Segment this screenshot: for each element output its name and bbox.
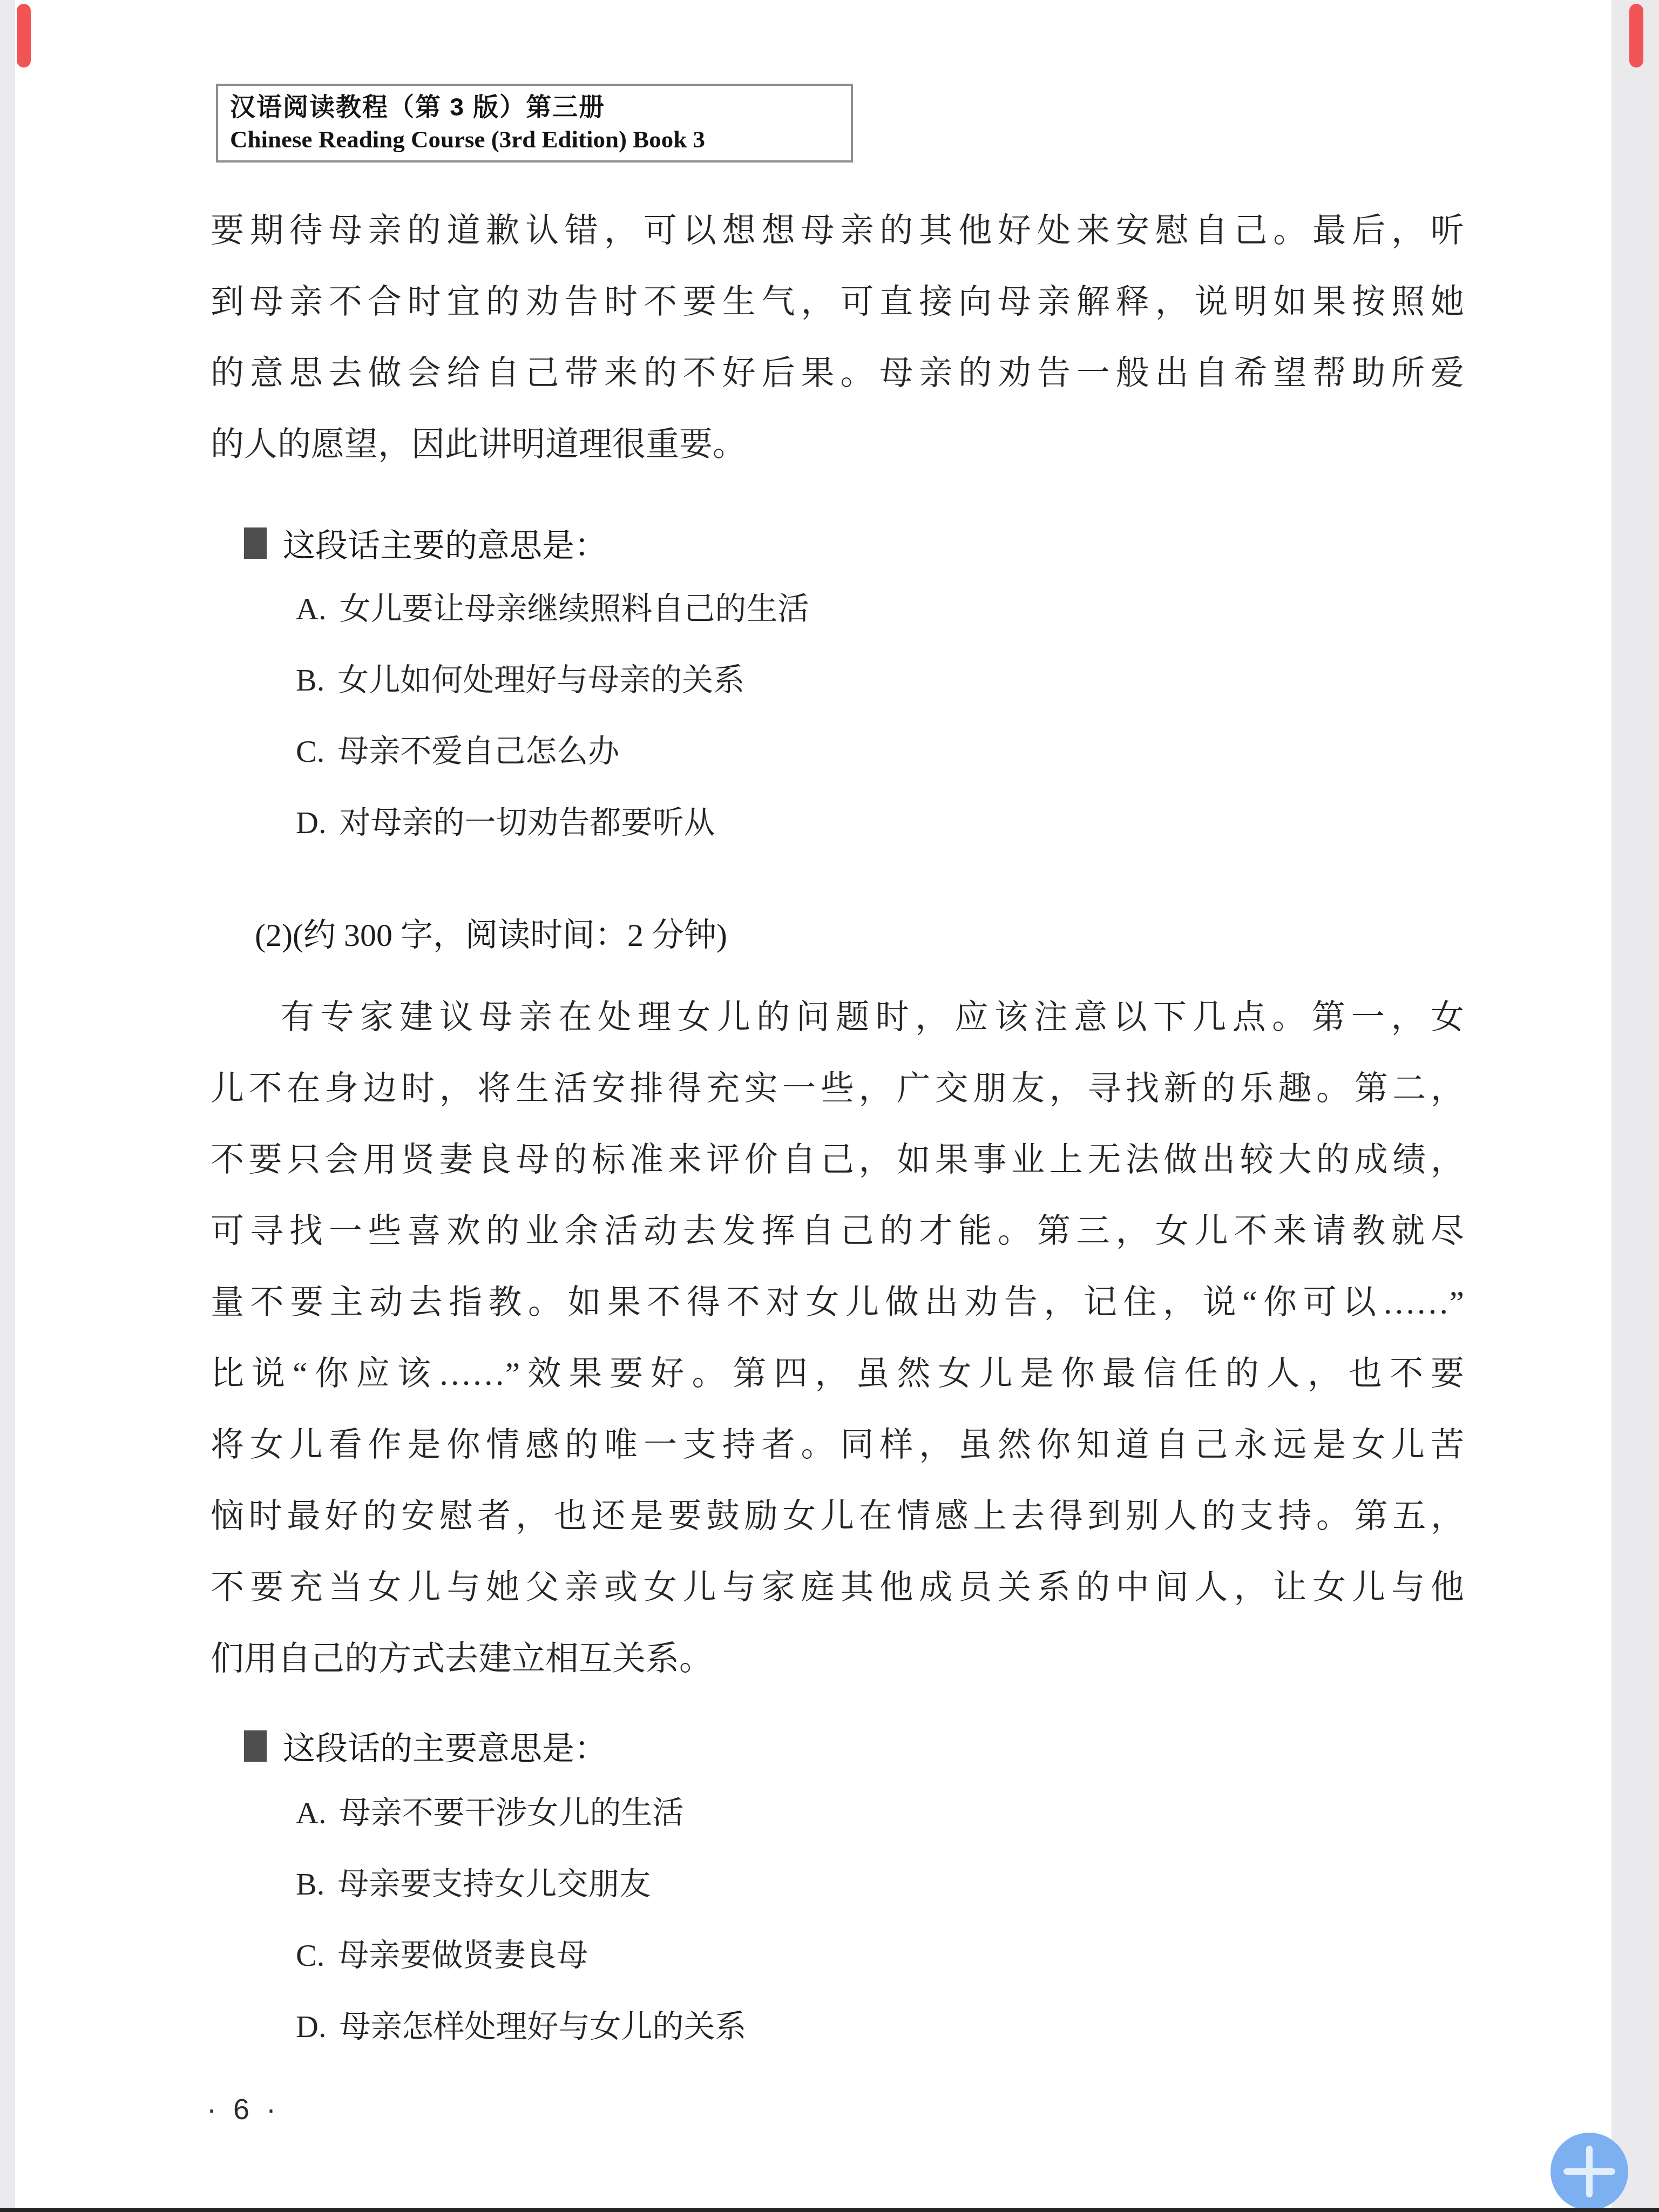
option-letter: A. (296, 591, 326, 626)
option-letter: C. (296, 1938, 324, 1973)
right-red-marker (1629, 4, 1643, 67)
option-letter: D. (296, 2009, 326, 2044)
option-text: 母亲怎样处理好与女儿的关系 (339, 2009, 746, 2044)
passage-line: 们用自己的方式去建立相互关系。 (211, 1624, 1464, 1695)
option-text: 女儿如何处理好与母亲的关系 (337, 662, 744, 698)
passage-line: 不要充当女儿与她父亲或女儿与家庭其他成员关系的中间人，让女儿与他 (211, 1552, 1464, 1624)
book-page: 汉语阅读教程（第 3 版）第三册 Chinese Reading Course … (0, 0, 1659, 2212)
option-text: 对母亲的一切劝告都要听从 (339, 805, 715, 840)
passage-line: 不要只会用贤妻良母的标准来评价自己，如果事业上无法做出较大的成绩， (211, 1125, 1464, 1196)
option-text: 母亲不爱自己怎么办 (337, 734, 619, 769)
question-2-option-b: B.母亲要支持女儿交朋友 (296, 1849, 651, 1920)
question-1-option-b: B.女儿如何处理好与母亲的关系 (296, 645, 744, 716)
passage-line: 要期待母亲的道歉认错，可以想想母亲的其他好处来安慰自己。最后，听 (211, 195, 1464, 267)
question-1-option-a: A.女儿要让母亲继续照料自己的生活 (296, 573, 809, 645)
question-1-option-c: C.母亲不爱自己怎么办 (296, 716, 619, 787)
book-title-english: Chinese Reading Course (3rd Edition) Boo… (230, 124, 851, 155)
right-scroll-gutter[interactable] (1611, 0, 1659, 2212)
question-2-stem: 这段话的主要意思是： (244, 1710, 607, 1782)
option-text: 女儿要让母亲继续照料自己的生活 (339, 591, 809, 626)
passage-line: 量不要主动去指教。如果不得不对女儿做出劝告，记住，说“你可以……” (211, 1267, 1464, 1338)
question-2-option-d: D.母亲怎样处理好与女儿的关系 (296, 1991, 746, 2062)
passage-line: 到母亲不合时宜的劝告时不要生气，可直接向母亲解释，说明如果按照她 (211, 267, 1464, 338)
option-text: 母亲要支持女儿交朋友 (337, 1866, 651, 1902)
passage-line: 可寻找一些喜欢的业余活动去发挥自己的才能。第三，女儿不来请教就尽 (211, 1196, 1464, 1267)
option-text: 母亲要做贤妻良母 (337, 1938, 588, 1973)
passage-1: 要期待母亲的道歉认错，可以想想母亲的其他好处来安慰自己。最后，听 到母亲不合时宜… (211, 195, 1464, 481)
passage-line: 恼时最好的安慰者，也还是要鼓励女儿在情感上去得到别人的支持。第五， (211, 1481, 1464, 1552)
option-letter: A. (296, 1795, 326, 1830)
option-letter: D. (296, 805, 326, 840)
plus-icon (1586, 2146, 1593, 2197)
question-stem-text: 这段话主要的意思是： (283, 520, 607, 566)
left-red-marker (17, 4, 31, 67)
square-bullet-icon (244, 527, 267, 559)
page-number: · 6 · (207, 2085, 280, 2134)
square-bullet-icon (244, 1730, 267, 1762)
passage-line: 的意思去做会给自己带来的不好后果。母亲的劝告一般出自希望帮助所爱 (211, 338, 1464, 409)
option-letter: B. (296, 1866, 324, 1902)
passage-line: 比说“你应该……”效果要好。第四，虽然女儿是你最信任的人，也不要 (211, 1338, 1464, 1410)
add-floating-button[interactable] (1550, 2133, 1628, 2210)
passage-2-heading: (2)(约 300 字，阅读时间：2 分钟) (255, 899, 727, 971)
bottom-edge-line (0, 2208, 1659, 2212)
book-title-chinese: 汉语阅读教程（第 3 版）第三册 (230, 90, 851, 124)
option-letter: C. (296, 734, 324, 769)
question-2-option-a: A.母亲不要干涉女儿的生活 (296, 1777, 683, 1849)
passage-2: 有专家建议母亲在处理女儿的问题时，应该注意以下几点。第一，女 儿不在身边时，将生… (211, 982, 1464, 1695)
question-1-option-d: D.对母亲的一切劝告都要听从 (296, 787, 715, 858)
passage-line: 有专家建议母亲在处理女儿的问题时，应该注意以下几点。第一，女 (211, 982, 1464, 1053)
option-letter: B. (296, 662, 324, 698)
book-title-box: 汉语阅读教程（第 3 版）第三册 Chinese Reading Course … (216, 84, 853, 163)
question-2-option-c: C.母亲要做贤妻良母 (296, 1920, 588, 1991)
passage-line: 的人的愿望，因此讲明道理很重要。 (211, 409, 1464, 481)
question-stem-text: 这段话的主要意思是： (283, 1723, 607, 1769)
question-1-stem: 这段话主要的意思是： (244, 508, 607, 579)
passage-line: 儿不在身边时，将生活安排得充实一些，广交朋友，寻找新的乐趣。第二， (211, 1053, 1464, 1125)
passage-line: 将女儿看作是你情感的唯一支持者。同样，虽然你知道自己永远是女儿苦 (211, 1410, 1464, 1481)
left-gutter (0, 0, 15, 2212)
option-text: 母亲不要干涉女儿的生活 (339, 1795, 683, 1830)
